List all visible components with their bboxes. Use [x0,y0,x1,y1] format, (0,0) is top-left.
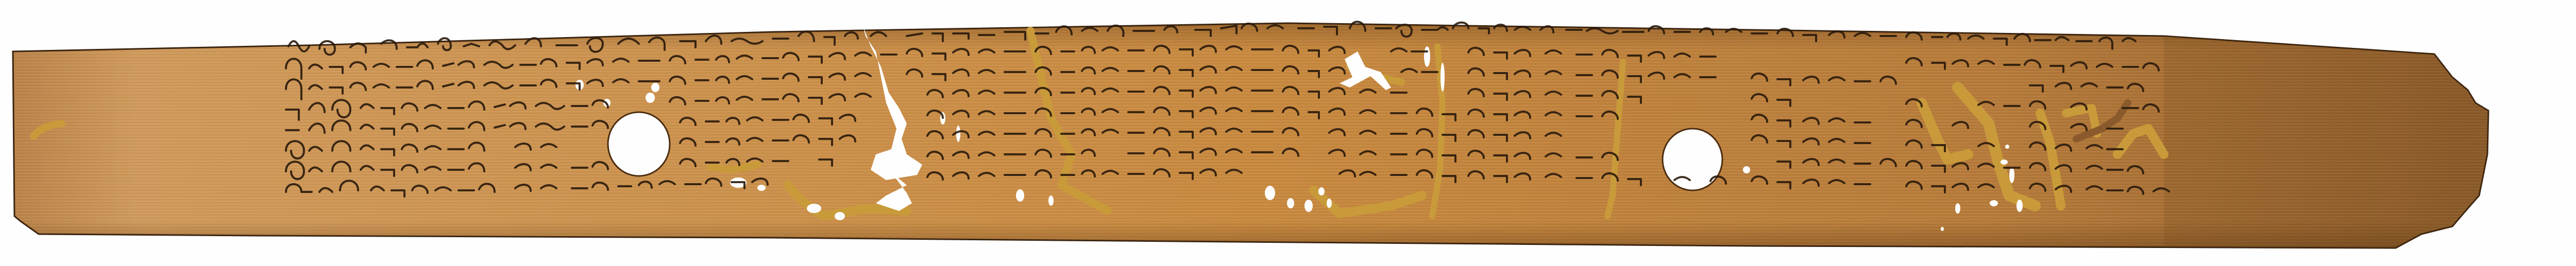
manuscript-scene [0,0,2576,266]
palm-leaf [13,23,2488,248]
binding-hole-left [608,112,670,176]
binding-hole-right [1663,129,1722,190]
